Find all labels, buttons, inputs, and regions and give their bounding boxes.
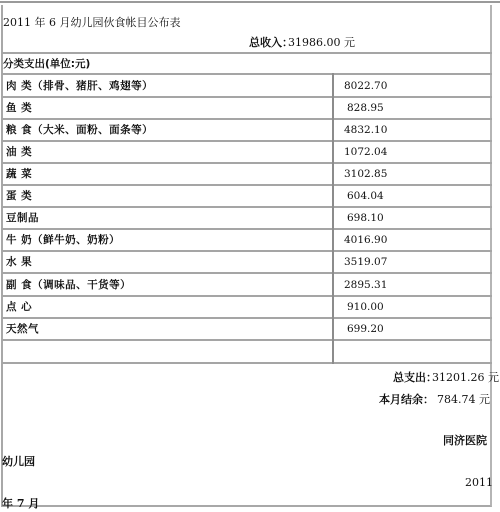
- total-expense-label: 总支出：: [393, 371, 437, 385]
- category-amount: 828.95: [347, 101, 384, 115]
- category-name: 天然气: [6, 322, 39, 336]
- balance-value: 784.74 元: [437, 393, 490, 407]
- category-amount: 698.10: [347, 211, 384, 225]
- row-divider: [2, 52, 492, 54]
- category-name: 肉 类（排骨、猪肝、鸡翅等）: [6, 79, 153, 93]
- category-amount: 4016.90: [344, 233, 387, 247]
- row-divider: [2, 206, 492, 208]
- total-income-value: 31986.00 元: [288, 36, 355, 50]
- category-amount: 604.04: [347, 189, 384, 203]
- total-expense-value: 31201.26 元: [432, 371, 499, 385]
- row-divider: [2, 295, 492, 297]
- row-divider: [2, 362, 492, 364]
- date-year: 2011: [465, 476, 493, 490]
- category-amount: 699.20: [347, 322, 384, 336]
- row-divider: [2, 73, 492, 75]
- row-divider: [2, 250, 492, 252]
- row-divider: [2, 118, 492, 120]
- row-divider: [2, 184, 492, 186]
- page-title: 2011 年 6 月幼儿园伙食帐目公布表: [3, 16, 180, 30]
- category-amount: 3102.85: [344, 167, 387, 181]
- category-amount: 910.00: [347, 300, 384, 314]
- row-divider: [2, 96, 492, 98]
- signature-unit: 幼儿园: [2, 455, 35, 469]
- top-rule: [0, 1, 500, 3]
- row-divider: [2, 228, 492, 230]
- category-name: 鱼 类: [6, 101, 32, 115]
- row-divider: [2, 317, 492, 319]
- category-name: 点 心: [6, 300, 32, 314]
- category-name: 豆制品: [6, 211, 39, 225]
- date-month: 年 7 月: [2, 497, 39, 511]
- category-name: 副 食（调味品、干货等）: [6, 278, 131, 292]
- row-divider: [2, 162, 492, 164]
- category-amount: 3519.07: [344, 255, 387, 269]
- category-amount: 8022.70: [344, 79, 387, 93]
- signature-org: 同济医院: [443, 434, 487, 448]
- row-divider: [2, 272, 492, 274]
- category-name: 牛 奶（鲜牛奶、奶粉）: [6, 233, 120, 247]
- section-label: 分类支出(单位:元): [3, 57, 90, 71]
- category-amount: 4832.10: [344, 123, 387, 137]
- category-name: 粮 食（大米、面粉、面条等）: [6, 123, 153, 137]
- category-name: 水 果: [6, 255, 32, 269]
- category-amount: 1072.04: [344, 145, 387, 159]
- total-income-label: 总收入：: [249, 36, 293, 50]
- category-name: 油 类: [6, 145, 32, 159]
- category-amount: 2895.31: [344, 278, 387, 292]
- category-name: 蛋 类: [6, 189, 32, 203]
- row-divider: [2, 140, 492, 142]
- balance-label: 本月结余：: [379, 393, 434, 407]
- column-divider: [332, 73, 334, 364]
- category-name: 蔬 菜: [6, 167, 32, 181]
- row-divider: [2, 339, 492, 341]
